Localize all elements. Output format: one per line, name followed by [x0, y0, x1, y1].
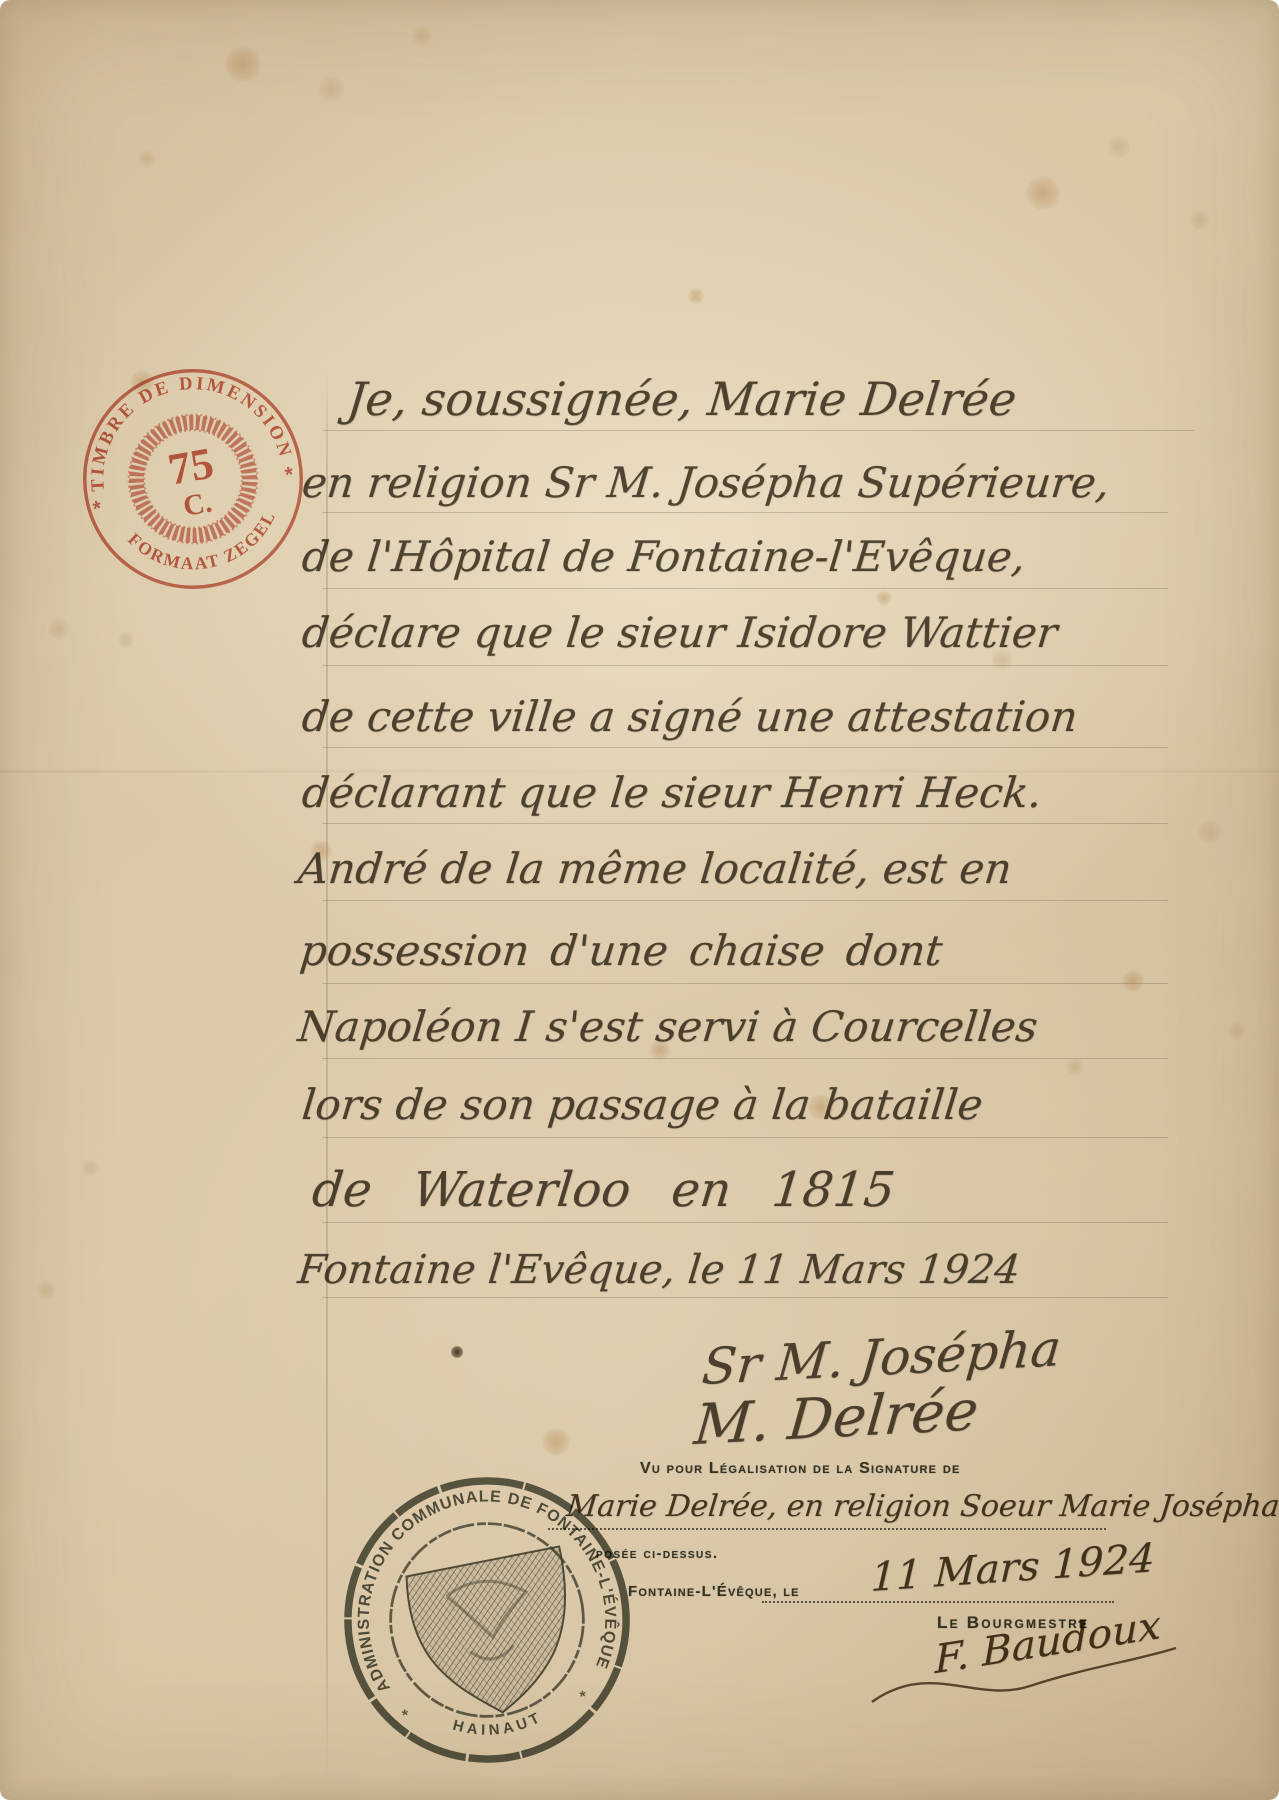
legalization-place-date-label: Fontaine-L'Évêque, le [628, 1583, 800, 1600]
ruled-line [322, 588, 1168, 589]
stain-spot [82, 1160, 98, 1176]
ornament-asterisk: * [579, 1688, 588, 1706]
letter-line: Napoléon I s'est servi à Courcelles [296, 1006, 1040, 1048]
letter-line: Je, soussignée, Marie Delrée [345, 376, 1019, 422]
stain-spot [1108, 136, 1130, 158]
legalization-heading: Vu pour Légalisation de la Signature de [640, 1460, 961, 1478]
letter-line: possession d'une chaise dont [298, 930, 944, 972]
ruled-line [322, 1297, 1168, 1298]
legalization-date-entry: 11 Mars 1924 [870, 1538, 1155, 1598]
legalization-name-entry: Marie Delrée, en religion Soeur Marie Jo… [565, 1492, 1279, 1522]
letter-line: lors de son passage à la bataille [300, 1084, 985, 1126]
ruled-line [322, 747, 1168, 748]
revenue-stamp-unit: C. [181, 486, 215, 522]
revenue-stamp-value: 75 [164, 438, 217, 495]
dotted-line [762, 1601, 1114, 1603]
stain-spot [118, 632, 134, 648]
stain-spot [1190, 210, 1210, 230]
ruled-line [322, 665, 1168, 666]
letter-line: André de la même localité, est en [296, 848, 1014, 890]
municipal-stamp: ADMINISTRATION COMMUNALE DE FONTAINE-L'É… [323, 1456, 651, 1784]
signature-religious-name: Sr M. Josépha [700, 1323, 1063, 1392]
stain-spot [1122, 970, 1144, 992]
stain-spot [876, 590, 892, 606]
letter-line: déclarant que le sieur Henri Heck. [300, 772, 1044, 814]
stain-spot [688, 288, 704, 304]
stain-spot [1198, 820, 1222, 844]
letter-line: de cette ville a signé une attestation [300, 696, 1080, 738]
letter-line: déclare que le sieur Isidore Wattier [300, 612, 1059, 654]
letter-line: en religion Sr M. Josépha Supérieure, [300, 462, 1112, 504]
document-page: TIMBRE DE DIMENSION FORMAAT ZEGEL * * 75… [0, 0, 1279, 1800]
ruled-line [322, 900, 1168, 901]
ruled-line [322, 512, 1168, 513]
stain-spot [412, 26, 432, 46]
stain-spot [318, 76, 344, 102]
stain-spot [1026, 176, 1060, 210]
stain-spot [542, 1428, 570, 1456]
ink-speck [451, 1346, 463, 1358]
ruled-line [322, 1058, 1168, 1059]
ruled-line [322, 430, 1194, 431]
ruled-line [322, 983, 1168, 984]
ornament-asterisk: * [401, 1707, 410, 1725]
stain-spot [1228, 1022, 1246, 1040]
signature-civil-name: M. Delrée [692, 1383, 981, 1454]
stain-spot [36, 1280, 56, 1300]
letter-line: de Waterloo en 1815 [310, 1166, 897, 1214]
ruled-line [322, 1222, 1168, 1223]
letter-line: de l'Hôpital de Fontaine-l'Evêque, [300, 536, 1028, 578]
revenue-stamp: TIMBRE DE DIMENSION FORMAAT ZEGEL * * 75… [57, 343, 328, 614]
ornament-asterisk: * [283, 462, 296, 487]
stain-spot [48, 618, 70, 640]
letter-line: Fontaine l'Evêque, le 11 Mars 1924 [296, 1250, 1022, 1290]
stain-spot [138, 150, 156, 168]
stain-spot [225, 46, 261, 82]
stain-spot [1066, 1058, 1084, 1076]
dotted-line [548, 1528, 1106, 1530]
ruled-line [322, 1137, 1168, 1138]
ruled-line [322, 823, 1168, 824]
